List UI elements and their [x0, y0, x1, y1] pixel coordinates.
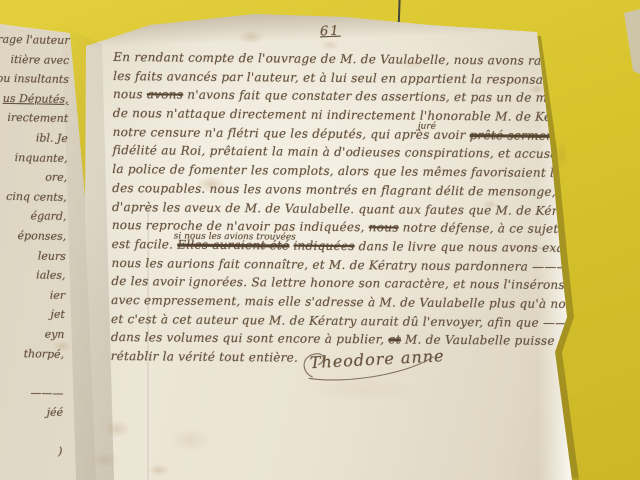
left-page-fragment: ts ou insultants [0, 68, 69, 89]
left-page-fragment: leurs [0, 245, 66, 266]
left-page-fragment: ) [0, 440, 63, 461]
left-page-fragment: égard, [0, 205, 67, 226]
left-page-fragment: iales, [0, 264, 66, 285]
left-page-fragment: eyn [0, 323, 65, 344]
struck-out-text: prêté serment de [470, 128, 579, 143]
manuscript-text: de nous n'attaque directement ni indirec… [113, 106, 583, 124]
manuscript-text: notre défense, à ce sujet, [399, 221, 563, 236]
manuscript-text: nous les aurions fait connaître, et M. d… [111, 256, 568, 274]
manuscript-photo: ouvrage l'auteuritière avects ou insulta… [0, 0, 640, 480]
manuscript-text: avec empressement, mais elle s'adresse à… [111, 293, 584, 311]
manuscript-text: notre censure n'a flétri que les députés… [113, 125, 470, 142]
struck-out-text: avons [147, 88, 183, 102]
left-page-fragments: ouvrage l'auteuritière avects ou insulta… [0, 29, 70, 462]
manuscript-text: est facile. [112, 237, 178, 252]
manuscript-text: fidélité au Roi, prêtaient la main à d'o… [112, 143, 582, 161]
left-page-fragment: thorpé, [0, 343, 64, 364]
manuscript-text: les faits avancés par l'auteur, et à lui… [113, 69, 580, 87]
manuscript-text: n'avons fait que constater des assertion… [183, 88, 560, 105]
manuscript-text: et c'est à cet auteur que M. de Kératry … [111, 312, 580, 330]
struck-out-text: nous [369, 220, 399, 234]
left-page-fragment: ibl. Je [0, 127, 68, 148]
left-page-fragment: jéé [0, 401, 63, 422]
interline-insertion: juré [418, 117, 436, 136]
left-page-fragment: cinq cents, [0, 186, 67, 207]
left-page-fragment: ouvrage l'auteur [0, 29, 70, 50]
manuscript-text: la police de fomenter les complots, alor… [112, 162, 595, 180]
left-page-fragment: ore, [0, 166, 67, 187]
left-page-fragment: irectement [0, 107, 68, 128]
left-page-fragment: itière avec [0, 49, 69, 70]
signature-block: Theodore anne [295, 340, 447, 388]
left-page-fragment: ier [0, 284, 65, 305]
manuscript-text: d'après les aveux de M. de Vaulabelle. q… [112, 199, 583, 217]
left-page-fragment: éponses, [0, 225, 66, 246]
left-page-fragment: ——— [0, 382, 64, 403]
left-page-fragment [0, 362, 64, 383]
left-page-fragment [0, 421, 63, 442]
left-page-fragment: jet [0, 303, 65, 324]
left-page-fragment: us Députés, [0, 88, 69, 109]
manuscript-text: rétablir la vérité tout entière. [111, 349, 299, 365]
manuscript-text: nous [113, 87, 147, 101]
manuscript-text: de les avoir ignorées. Sa lettre honore … [111, 274, 565, 292]
struck-out-text: indiquées [293, 238, 354, 253]
manuscript-text: En rendant compte de l'ouvrage de M. de … [113, 50, 583, 68]
page-number: 61 [320, 24, 341, 40]
manuscript-text: des coupables. nous les avons montrés en… [112, 181, 556, 199]
manuscript-lines: En rendant compte de l'ouvrage de M. de … [111, 48, 574, 370]
left-page-fragment: inquante, [0, 147, 68, 168]
interline-insertion: si nous les avions trouvées [174, 227, 296, 247]
